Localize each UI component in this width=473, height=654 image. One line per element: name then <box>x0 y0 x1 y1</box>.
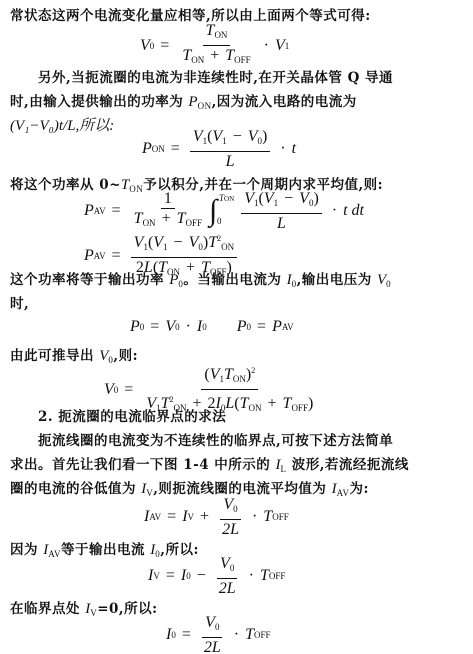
op: · <box>234 626 239 644</box>
text: 波形,若流经扼流线 <box>287 457 409 473</box>
paragraph-line: (V₁−V₀)t/L,所以: <box>10 114 114 135</box>
var: T <box>208 234 217 251</box>
sub: 0 <box>386 279 391 289</box>
numerator: TON <box>203 22 231 46</box>
integral: ∫ <box>209 194 217 227</box>
text: 这个功率将等于输出功率 <box>10 272 169 288</box>
paragraph-line: 另外,当扼流圈的电流为非连续性时,在开关晶体管 Q 导通 <box>38 66 393 86</box>
sub: 1 <box>203 136 208 146</box>
paragraph-line: 时, <box>10 292 29 312</box>
fraction: V0 2L <box>219 496 242 538</box>
equation-i0: I0 = V0 2L ·TOFF <box>166 614 271 654</box>
numerator: (V1TON)2 <box>201 362 258 390</box>
sub: 0 <box>198 242 203 252</box>
op: = <box>112 247 121 265</box>
paragraph-line: 求出。首先让我们看一下图 1-4 中所示的 IL 波形,若流经扼流线 <box>10 453 409 474</box>
var: P <box>272 318 282 336</box>
sub: ON <box>143 218 156 228</box>
denominator: 2L <box>201 638 224 654</box>
var: L <box>226 153 235 170</box>
var: V <box>377 272 386 288</box>
numerator: V0 <box>202 614 222 638</box>
sub: 1 <box>143 242 148 252</box>
sub: OFF <box>291 403 308 413</box>
sub: ON <box>214 30 227 40</box>
var: V <box>248 128 258 145</box>
upper-bound: TON <box>219 194 234 203</box>
var: L <box>225 395 234 412</box>
sub: OFF <box>186 218 203 228</box>
var: P <box>142 140 152 158</box>
op: = <box>166 567 175 585</box>
text: 圈的电流的谷低值为 <box>10 481 141 497</box>
fraction: V1(V1−V0) L <box>241 190 322 232</box>
numerator: V1(V1−V0) <box>190 128 271 152</box>
text: 为: <box>349 481 368 497</box>
op: = <box>171 140 180 158</box>
text: 扼流线圈的电流变为不连续性的临界点,可按下述方法简单 <box>38 433 393 449</box>
sub: AV <box>94 251 106 261</box>
numerator: V1(V1−V0) <box>241 190 322 214</box>
var: P <box>130 318 140 336</box>
fraction: 1 TON+TOFF <box>131 190 205 232</box>
paragraph-line: 这个功率将等于输出功率 P0。当输出电流为 I0,输出电压为 V0 <box>10 268 391 289</box>
sub: 1 <box>254 198 259 208</box>
text: 时,由输入提供输出的功率为 <box>10 94 188 110</box>
sub: AV <box>94 206 106 216</box>
var: V <box>140 37 150 55</box>
op: = <box>150 318 159 336</box>
numerator: V1(V1−V0)T2ON <box>131 230 237 258</box>
sub: 0 <box>230 563 235 573</box>
text: 时, <box>10 296 29 312</box>
sub: 1 <box>222 136 227 146</box>
op: + <box>210 47 219 64</box>
numerator: 1 <box>161 190 175 209</box>
var: V <box>205 614 215 631</box>
var: T <box>225 47 234 64</box>
equation-iv: IV = I0 − V0 2L ·TOFF <box>148 555 285 597</box>
op: · <box>249 567 254 585</box>
text: (V₁−V₀)t/L,所以: <box>10 118 114 134</box>
sub: 0 <box>175 322 180 332</box>
var: V <box>165 318 175 336</box>
sub: 0 <box>150 41 155 51</box>
denominator: 2L <box>219 520 242 538</box>
sub: 0 <box>233 504 238 514</box>
sub: ON <box>233 374 246 384</box>
op: + <box>200 508 209 526</box>
op: · <box>280 140 285 158</box>
paragraph-line: 在临界点处 IV=0,所以: <box>10 597 158 618</box>
equation-v0: V0 = TON TON+TOFF ·V1 <box>140 22 289 69</box>
var: P <box>169 272 178 288</box>
var: V <box>264 190 274 207</box>
text: 。当输出电流为 <box>183 272 286 288</box>
numerator: V0 <box>217 555 237 579</box>
sub: OFF <box>254 630 271 640</box>
sub: ON <box>221 242 234 252</box>
sub: OFF <box>272 512 289 522</box>
text: 等于输出电流 <box>61 542 150 558</box>
op: = <box>124 381 133 399</box>
denominator: L <box>274 214 289 232</box>
sub: 0 <box>140 322 145 332</box>
paragraph-line: 常状态这两个电流变化量应相等,所以由上面两个等式可得: <box>10 4 371 24</box>
var: T <box>177 210 186 227</box>
integral-sign: ∫TON0 <box>209 196 217 226</box>
op: · <box>264 37 269 55</box>
numerator: V0 <box>220 496 240 520</box>
sub: 0 <box>258 136 263 146</box>
text: 另外,当扼流圈的电流为非连续性时,在开关晶体管 Q 导通 <box>38 70 393 86</box>
sub: 1 <box>274 198 279 208</box>
lower-bound: 0 <box>217 217 222 226</box>
text: =0,所以: <box>97 601 157 617</box>
text: 求出。首先让我们看一下图 1-4 中所示的 <box>10 457 276 473</box>
fraction: V0 2L <box>216 555 239 597</box>
var: P <box>188 94 197 110</box>
sub: ON <box>191 55 204 65</box>
equation-p0: P0 = V0 · I0 P0 = PAV <box>130 318 294 336</box>
op: = <box>257 318 266 336</box>
var: V <box>212 128 222 145</box>
sub: AV <box>149 512 161 522</box>
sub: 0 <box>186 571 191 581</box>
var: P <box>237 318 247 336</box>
text: 在临界点处 <box>10 601 85 617</box>
sub: V <box>153 571 160 581</box>
op: + <box>268 395 277 412</box>
var: V <box>299 190 309 207</box>
var: P <box>84 202 94 220</box>
op: = <box>182 626 191 644</box>
op: − <box>197 567 206 585</box>
var: T <box>245 626 254 644</box>
sub: OFF <box>269 571 286 581</box>
sub: ON <box>198 101 212 111</box>
var: T <box>260 567 269 585</box>
op: = <box>160 37 169 55</box>
sub: 0 <box>215 622 220 632</box>
text: 因为 <box>10 542 43 558</box>
fraction: V1(V1−V0) L <box>190 128 271 170</box>
denominator: TON+TOFF <box>131 209 205 232</box>
op: − <box>233 128 242 145</box>
op: = <box>112 202 121 220</box>
fraction: TON TON+TOFF <box>179 22 253 69</box>
op: = <box>167 508 176 526</box>
sub: V <box>188 512 195 522</box>
op: · <box>252 508 257 526</box>
var: T <box>240 395 249 412</box>
var: V <box>244 190 254 207</box>
var: L <box>277 215 286 232</box>
sub: 1 <box>285 41 290 51</box>
sub: 0 <box>171 630 176 640</box>
text: 由此可推导出 <box>10 348 99 364</box>
var: t dt <box>343 202 364 220</box>
var: P <box>84 247 94 265</box>
denominator: L <box>223 152 238 170</box>
sub: AV <box>48 549 61 559</box>
var: T <box>182 47 191 64</box>
sub: ON <box>249 403 262 413</box>
denominator: 2L <box>216 579 239 597</box>
sub: ON <box>224 195 234 203</box>
equation-iav: IAV = IV + V0 2L ·TOFF <box>144 496 289 538</box>
var: V <box>223 496 233 513</box>
var: V <box>153 234 163 251</box>
var: T <box>263 508 272 526</box>
var: V <box>193 128 203 145</box>
var: T <box>224 366 233 383</box>
var: V <box>104 381 114 399</box>
op: · <box>186 318 191 336</box>
sub: 0 <box>202 322 207 332</box>
var: V <box>134 234 144 251</box>
text: 2. 扼流圈的电流临界点的求法 <box>38 409 226 425</box>
sub: 0 <box>114 385 119 395</box>
var: T <box>134 210 143 227</box>
fraction: V0 2L <box>201 614 224 654</box>
paragraph-line: 时,由输入提供输出的功率为 PON,因为流入电路的电流为 <box>10 90 357 111</box>
op: + <box>162 210 171 227</box>
sub: OFF <box>234 55 251 65</box>
text: ,因为流入电路的电流为 <box>212 94 357 110</box>
op: − <box>174 234 183 251</box>
op: · <box>332 202 337 220</box>
sup: 2 <box>251 366 255 375</box>
paragraph-line: 圈的电流的谷低值为 IV,则扼流线圈的电流平均值为 IAV为: <box>10 477 369 498</box>
sub: 0 <box>247 322 252 332</box>
var: t <box>292 140 296 158</box>
var: V <box>275 37 285 55</box>
equation-pon: PON = V1(V1−V0) L ·t <box>142 128 296 170</box>
var: V <box>220 555 230 572</box>
op: − <box>284 190 293 207</box>
text: ,则扼流线圈的电流平均值为 <box>153 481 331 497</box>
text: ,输出电压为 <box>297 272 377 288</box>
var: V <box>189 234 199 251</box>
sub: ON <box>152 144 165 154</box>
sub: AV <box>337 488 350 498</box>
sub: AV <box>282 322 294 332</box>
equation-pav-integral: PAV = 1 TON+TOFF ∫TON0 V1(V1−V0) L ·t dt <box>84 190 364 232</box>
paragraph-line: 扼流线圈的电流变为不连续性的临界点,可按下述方法简单 <box>38 429 393 449</box>
section-heading: 2. 扼流圈的电流临界点的求法 <box>38 405 226 425</box>
sub: 1 <box>163 242 168 252</box>
sub: 0 <box>309 198 314 208</box>
